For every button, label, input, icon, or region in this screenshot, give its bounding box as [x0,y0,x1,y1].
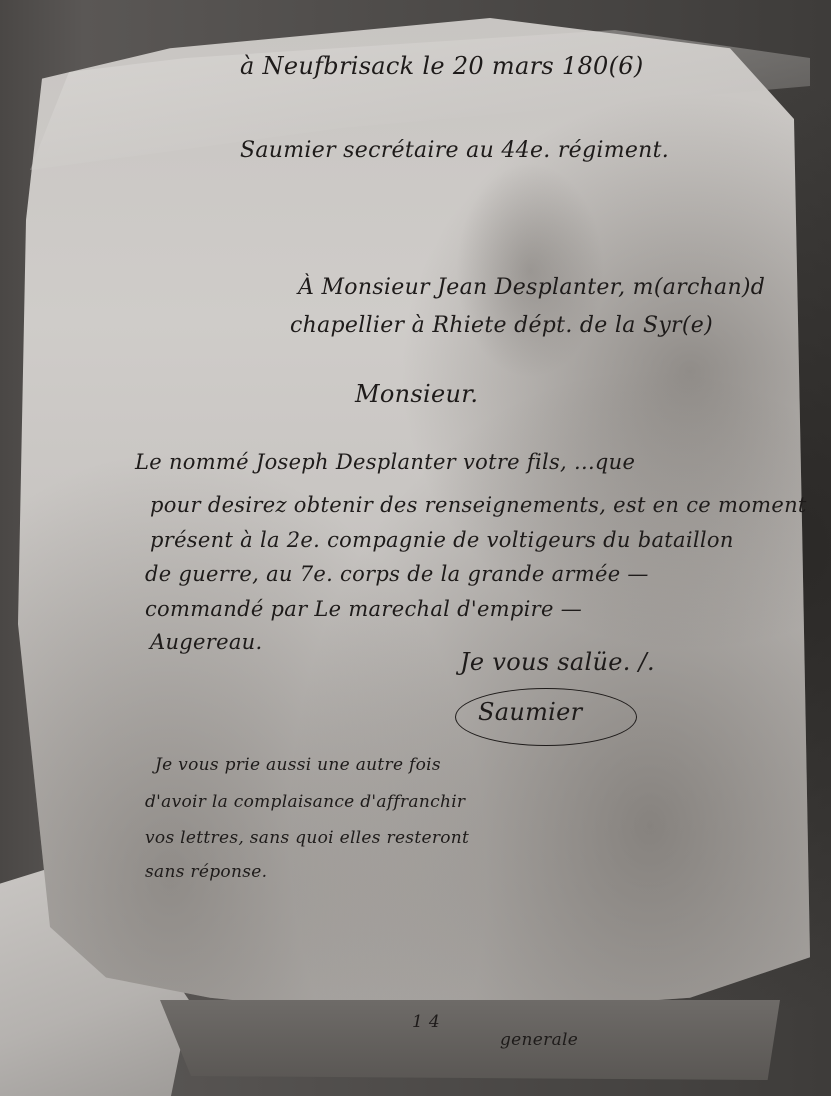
postscript-line: vos lettres, sans quoi elles resteront [145,828,469,848]
addressee-line-2: chapellier à Rhiete dépt. de la Syr(e) [290,313,713,338]
place-date: à Neufbrisack le 20 mars 180(6) [240,52,644,80]
postscript-line: Je vous prie aussi une autre fois [155,755,441,775]
sender-line: Saumier secrétaire au 44e. régiment. [240,138,669,163]
body-line: présent à la 2e. compagnie de voltigeurs… [150,528,734,552]
signature: Saumier [478,698,582,726]
body-line: de guerre, au 7e. corps de la grande arm… [145,562,649,586]
letter-paper [10,18,810,1028]
body-line: pour desirez obtenir des renseignements,… [150,493,807,517]
bottom-number: 1 4 [412,1012,440,1032]
bottom-paper-strip [160,1000,780,1080]
closing: Je vous salüe. /. [460,648,655,676]
bottom-word: generale [500,1030,578,1050]
salutation: Monsieur. [355,380,478,408]
addressee-line-1: À Monsieur Jean Desplanter, m(archan)d [298,275,765,300]
body-line: commandé par Le marechal d'empire — [145,597,582,621]
body-line: Augereau. [150,630,262,654]
postscript-line: d'avoir la complaisance d'affranchir [145,792,465,812]
body-line: Le nommé Joseph Desplanter votre fils, .… [135,450,635,474]
postscript-line: sans réponse. [145,862,267,882]
